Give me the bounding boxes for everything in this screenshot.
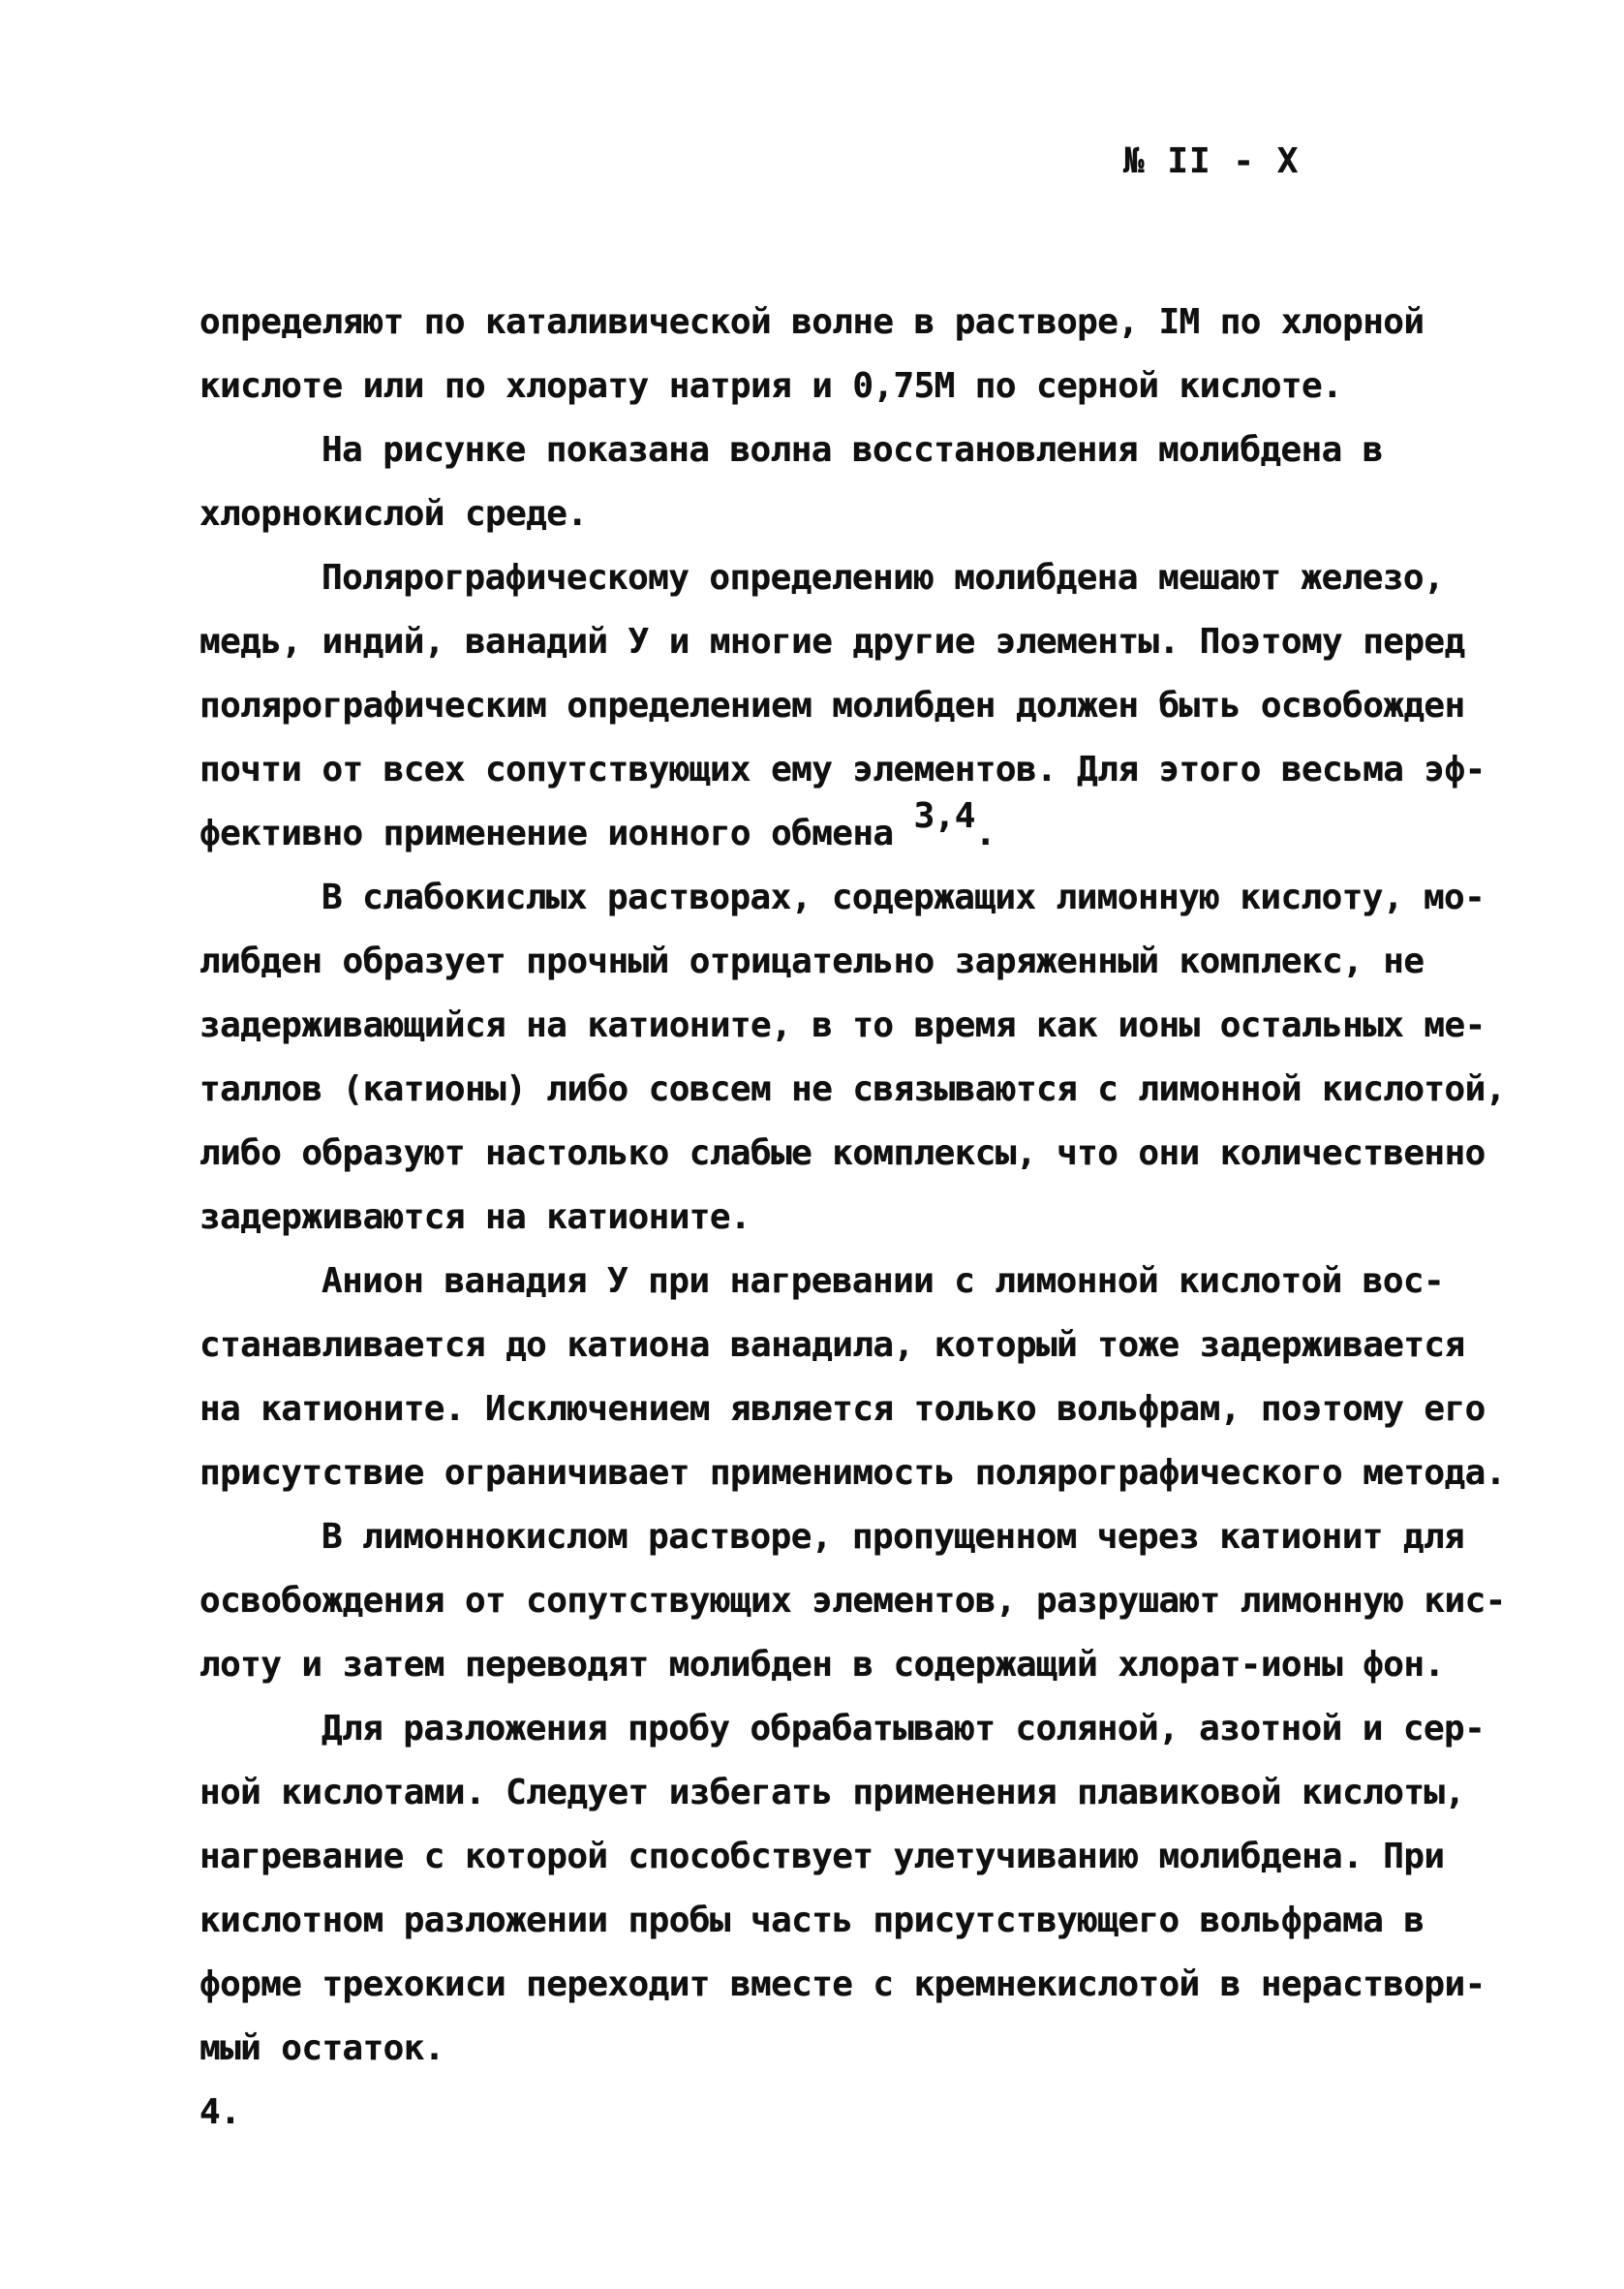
text-line-content: освобождения от сопутствующих элементов,… <box>199 1581 1506 1621</box>
text-line: полярографическим определением молибден … <box>199 674 1565 738</box>
text-line: задерживаются на катионите. <box>199 1186 1565 1250</box>
text-line: задерживающийся на катионите, в то время… <box>199 994 1565 1058</box>
document-body: определяют по каталивической волне в рас… <box>199 291 1565 2081</box>
text-line-content: хлорнокислой среде. <box>199 494 587 534</box>
text-line: либо образуют настолько слабые комплексы… <box>199 1122 1565 1186</box>
text-line: хлорнокислой среде. <box>199 482 1565 546</box>
text-line-content: ной кислотами. Следует избегать применен… <box>199 1773 1465 1812</box>
reference-superscript: 3,4 <box>914 796 975 836</box>
text-line-content: лоту и затем переводят молибден в содерж… <box>199 1645 1445 1685</box>
text-line-content: либо образуют настолько слабые комплексы… <box>199 1133 1486 1173</box>
text-line-content: мый остаток. <box>199 2028 444 2068</box>
text-line-content: полярографическим определением молибден … <box>199 686 1465 726</box>
text-line-content: таллов (катионы) либо совсем не связываю… <box>199 1069 1506 1109</box>
text-line-content: фективно применение ионного обмена <box>199 814 914 853</box>
text-line-content: нагревание с которой способствует улетуч… <box>199 1837 1445 1876</box>
text-line: на катионите. Исключением является тольк… <box>199 1377 1565 1441</box>
text-line: определяют по каталивической волне в рас… <box>199 291 1565 355</box>
text-line: фективно применение ионного обмена 3,4. <box>199 802 1565 866</box>
text-line-content: на катионите. Исключением является тольк… <box>199 1389 1486 1429</box>
text-line-content: либден образует прочный отрицательно зар… <box>199 942 1424 981</box>
text-line: форме трехокиси переходит вместе с кремн… <box>199 1953 1565 2017</box>
text-line: лоту и затем переводят молибден в содерж… <box>199 1633 1565 1697</box>
text-line: мый остаток. <box>199 2017 1565 2081</box>
text-line-content: Для разложения пробу обрабатывают соляно… <box>322 1709 1485 1748</box>
text-line-content: присутствие ограничивает применимость по… <box>199 1453 1506 1493</box>
text-line: медь, индий, ванадий У и многие другие э… <box>199 610 1565 674</box>
text-line: Полярографическому определению молибдена… <box>199 546 1565 610</box>
text-line-content: задерживающийся на катионите, в то время… <box>199 1005 1486 1045</box>
text-line: почти от всех сопутствующих ему элементо… <box>199 738 1565 802</box>
scanned-typewritten-page: № II - X определяют по каталивической во… <box>0 0 1624 2289</box>
text-line: На рисунке показана волна восстановления… <box>199 418 1565 482</box>
text-line-content: задерживаются на катионите. <box>199 1197 751 1237</box>
document-number-header: № II - X <box>1123 141 1299 181</box>
page-number: 4. <box>199 2081 240 2145</box>
text-line: присутствие ограничивает применимость по… <box>199 1441 1565 1505</box>
text-line: В слабокислых растворах, содержащих лимо… <box>199 866 1565 930</box>
text-line: нагревание с которой способствует улетуч… <box>199 1825 1565 1889</box>
text-line: кислоте или по хлорату натрия и 0,75М по… <box>199 355 1565 418</box>
text-line-content: кислотном разложении пробы часть присутс… <box>199 1901 1424 1940</box>
text-line: Для разложения пробу обрабатывают соляно… <box>199 1697 1565 1761</box>
text-line: кислотном разложении пробы часть присутс… <box>199 1889 1565 1953</box>
text-line: ной кислотами. Следует избегать применен… <box>199 1761 1565 1825</box>
text-line-content: определяют по каталивической волне в рас… <box>199 302 1424 342</box>
text-line-content: кислоте или по хлорату натрия и 0,75М по… <box>199 366 1342 406</box>
text-line-content: Полярографическому определению молибдена… <box>322 558 1444 598</box>
text-line: таллов (катионы) либо совсем не связываю… <box>199 1058 1565 1122</box>
text-line: либден образует прочный отрицательно зар… <box>199 930 1565 994</box>
text-line-content: В лимоннокислом растворе, пропущенном че… <box>322 1517 1464 1557</box>
text-line: освобождения от сопутствующих элементов,… <box>199 1569 1565 1633</box>
text-line-content: почти от всех сопутствующих ему элементо… <box>199 750 1486 789</box>
text-line: Анион ванадия У при нагревании с лимонно… <box>199 1250 1565 1314</box>
text-line: В лимоннокислом растворе, пропущенном че… <box>199 1505 1565 1569</box>
text-line-content: В слабокислых растворах, содержащих лимо… <box>322 878 1485 917</box>
text-line-content: форме трехокиси переходит вместе с кремн… <box>199 1964 1486 2004</box>
text-line: станавливается до катиона ванадила, кото… <box>199 1314 1565 1377</box>
text-line-content: станавливается до катиона ванадила, кото… <box>199 1325 1465 1365</box>
text-line-content: медь, индий, ванадий У и многие другие э… <box>199 622 1465 662</box>
text-line-content: На рисунке показана волна восстановления… <box>322 430 1383 470</box>
text-line-tail: . <box>975 814 996 853</box>
text-line-content: Анион ванадия У при нагревании с лимонно… <box>322 1261 1444 1301</box>
